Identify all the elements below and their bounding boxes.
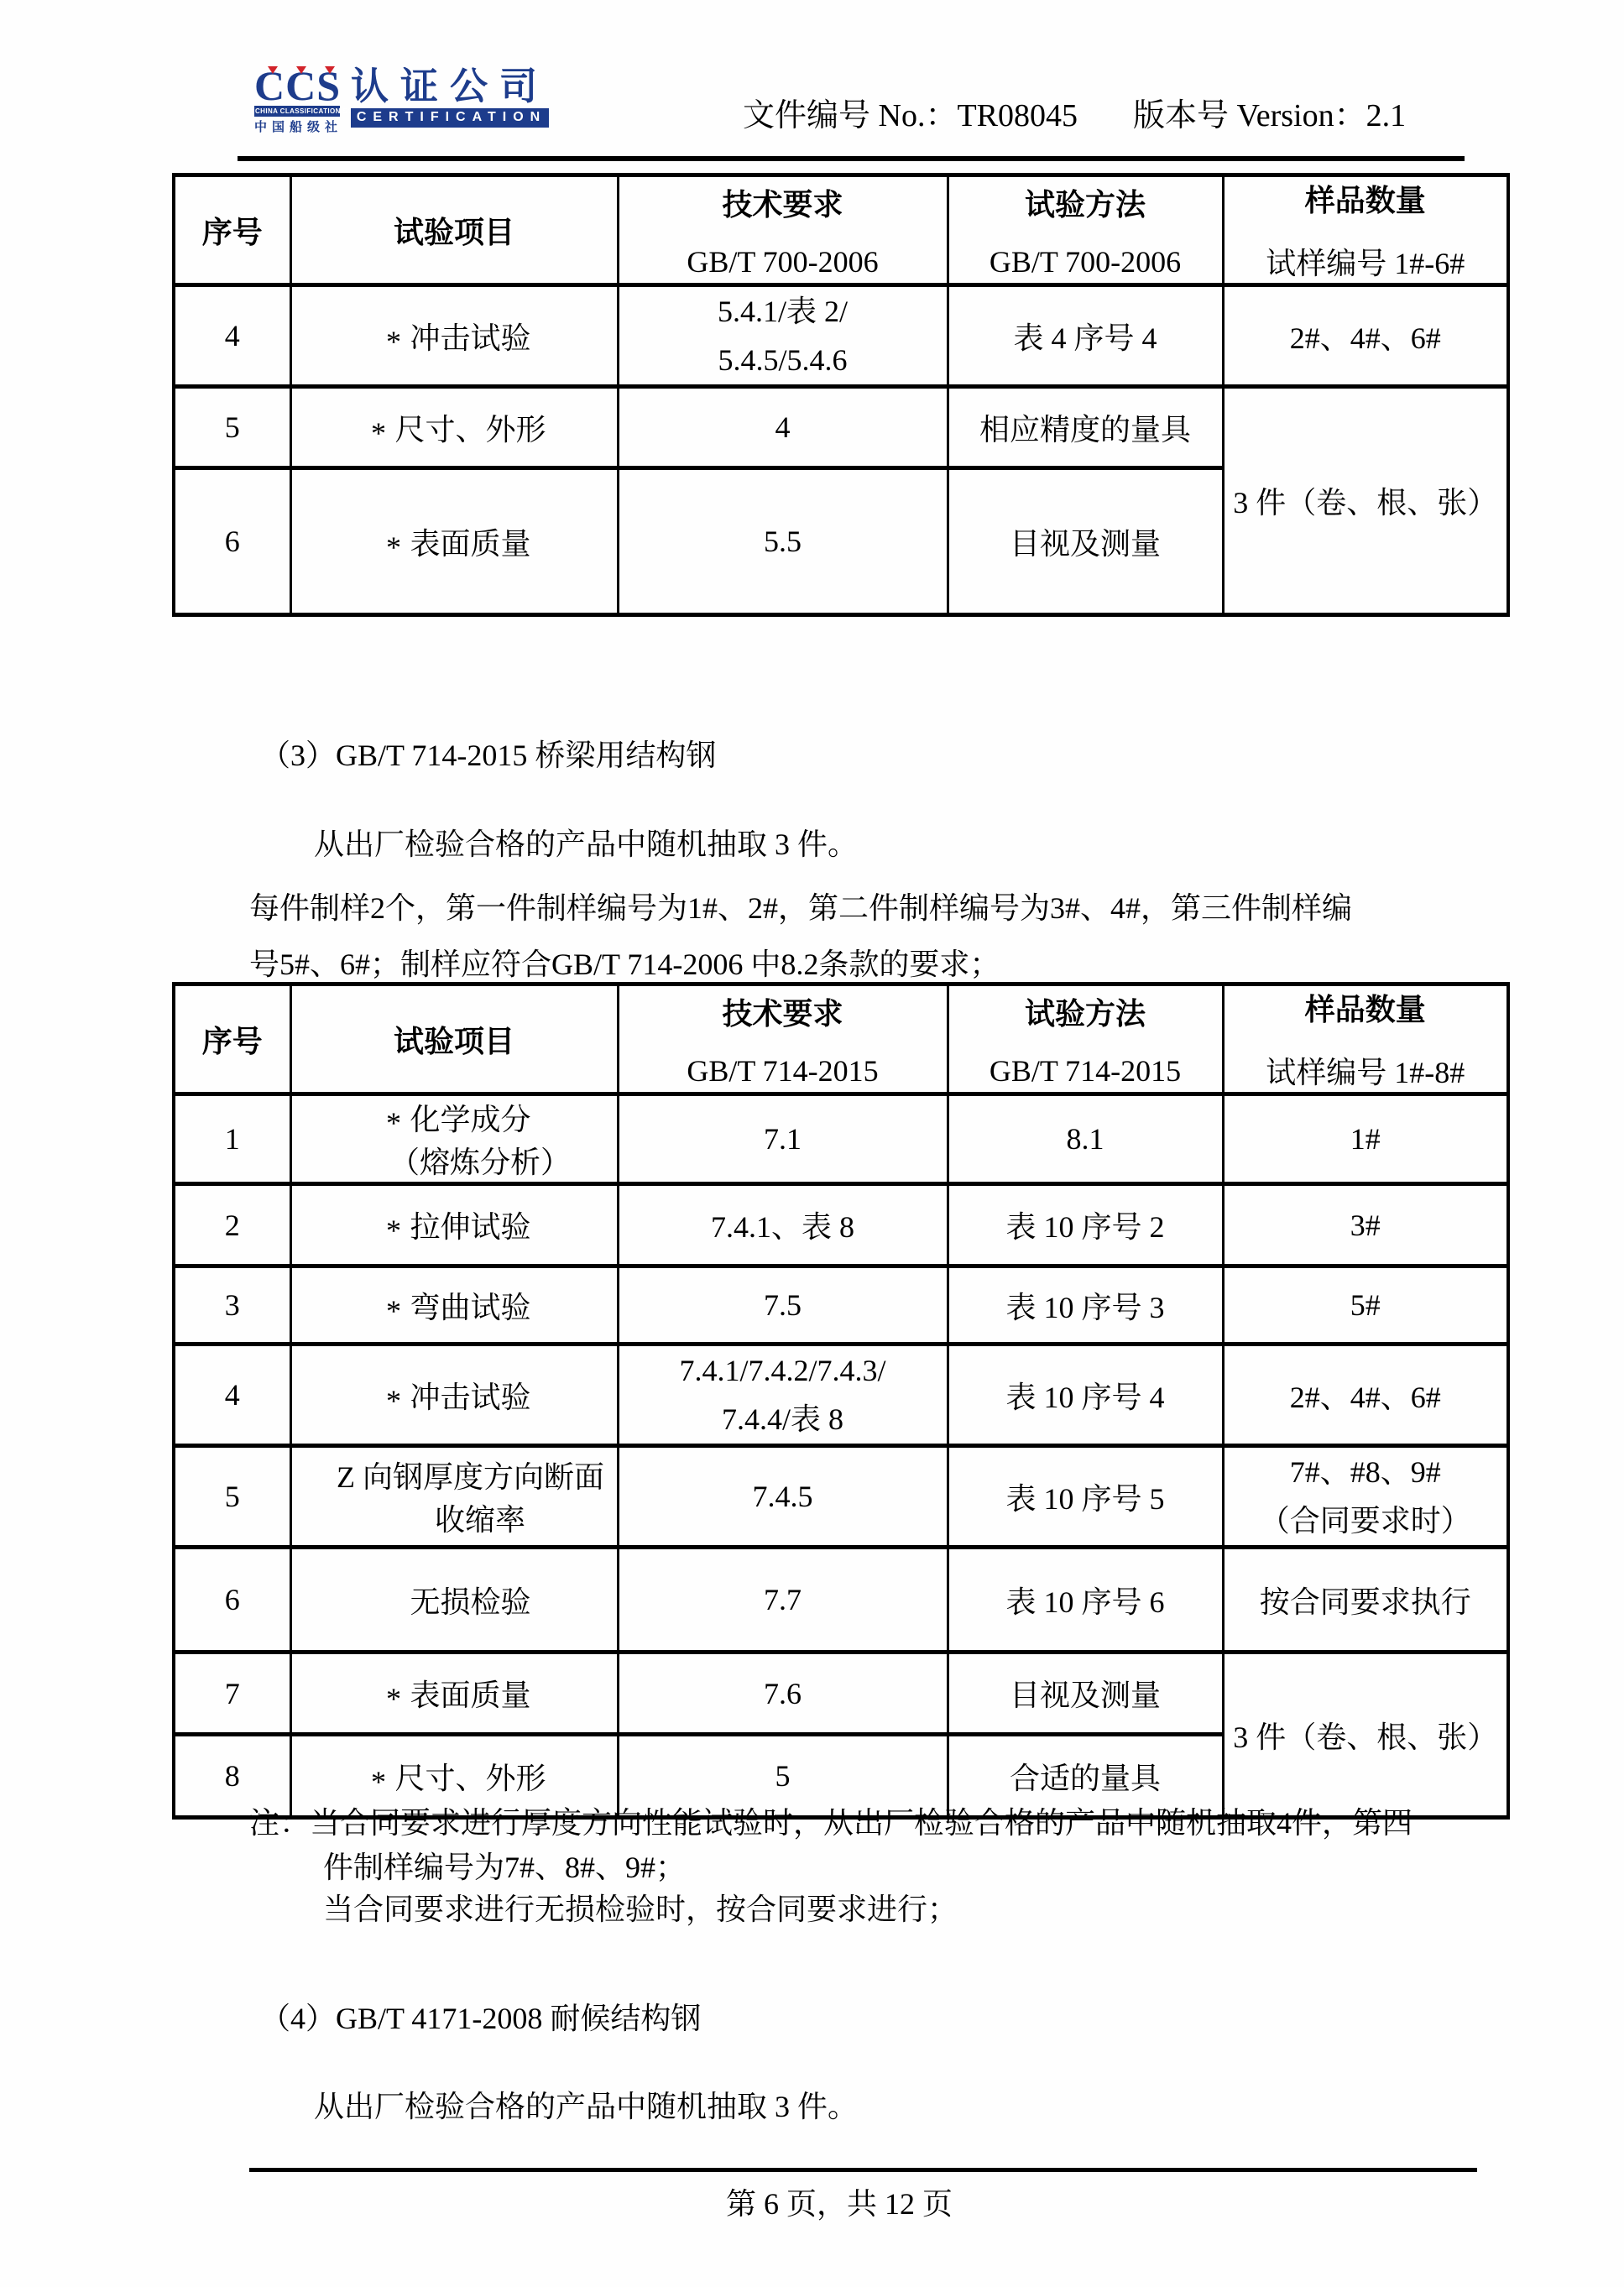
table-row: 2 *拉伸试验 7.4.1、表 8 表 10 序号 2 3# <box>174 1184 1508 1266</box>
page-number: 第 6 页，共 12 页 <box>172 2180 1507 2223</box>
cell-method: 目视及测量 <box>948 1653 1223 1735</box>
cell-requirement: 7.6 <box>618 1653 948 1735</box>
doc-version: 版本号 Version：2.1 <box>1133 89 1406 135</box>
cell-no: 3 <box>174 1266 290 1345</box>
cell-sample: 3# <box>1223 1184 1508 1266</box>
section3-para1: 从出厂检验合格的产品中随机抽取 3 件。 <box>314 821 858 864</box>
cell-item: *化学成分（熔炼分析） <box>290 1094 618 1184</box>
note-line-2: 件制样编号为7#、8#、9#； <box>323 1844 686 1887</box>
section4-para1: 从出厂检验合格的产品中随机抽取 3 件。 <box>314 2083 858 2126</box>
cell-method: 表 10 序号 6 <box>948 1548 1223 1653</box>
cell-no: 5 <box>174 387 290 468</box>
cell-sample-merged: 3 件（卷、根、张） <box>1223 1653 1508 1818</box>
required-marker: * <box>377 1681 410 1716</box>
table-row: 5 *尺寸、外形 4 相应精度的量具 3 件（卷、根、张） <box>174 387 1508 468</box>
cell-no: 6 <box>174 468 290 615</box>
ccs-logo: CCS CHINA CLASSIFICATION SOCIETY 中国船级社 认… <box>254 67 549 135</box>
col-header-no: 序号 <box>174 175 290 285</box>
cell-no: 2 <box>174 1184 290 1266</box>
table-row: 3 *弯曲试验 7.5 表 10 序号 3 5# <box>174 1266 1508 1345</box>
col-header-item: 试验项目 <box>290 175 618 285</box>
cell-method: 表 4 序号 4 <box>948 285 1223 387</box>
cell-requirement: 5.4.1/表 2/5.4.5/5.4.6 <box>618 285 948 387</box>
col-header-method: 试验方法GB/T 700-2006 <box>948 175 1223 285</box>
table-row: 7 *表面质量 7.6 目视及测量 3 件（卷、根、张） <box>174 1653 1508 1735</box>
document-page: CCS CHINA CLASSIFICATION SOCIETY 中国船级社 认… <box>0 0 1624 2287</box>
header-rule <box>238 156 1465 161</box>
cell-sample: 按合同要求执行 <box>1223 1548 1508 1653</box>
cell-requirement: 7.4.5 <box>618 1446 948 1548</box>
note-line-3: 当合同要求进行无损检验时，按合同要求进行； <box>323 1886 958 1929</box>
cell-no: 1 <box>174 1094 290 1184</box>
table-row: 4 *冲击试验 7.4.1/7.4.2/7.4.3/7.4.4/表 8 表 10… <box>174 1345 1508 1446</box>
section4-title: （4）GB/T 4171-2008 耐候结构钢 <box>260 1995 701 2038</box>
cell-sample: 2#、4#、6# <box>1223 1345 1508 1446</box>
document-meta: 文件编号 No.：TR08045 版本号 Version：2.1 <box>743 89 1406 135</box>
col-header-requirement: 技术要求GB/T 714-2015 <box>618 984 948 1094</box>
table-row: 1 *化学成分（熔炼分析） 7.1 8.1 1# <box>174 1094 1508 1184</box>
cell-item: Z 向钢厚度方向断面收缩率 <box>290 1446 618 1548</box>
table-header-row: 序号 试验项目 技术要求GB/T 700-2006 试验方法GB/T 700-2… <box>174 175 1508 285</box>
required-marker: * <box>377 1105 410 1141</box>
cell-requirement: 7.4.1、表 8 <box>618 1184 948 1266</box>
ccs-logo-text: CCS <box>254 67 340 104</box>
doc-number: 文件编号 No.：TR08045 <box>743 89 1078 135</box>
cell-item: *表面质量 <box>290 1653 618 1735</box>
col-header-sample: 样品数量试样编号 1#-8# <box>1223 984 1508 1094</box>
cell-item: 无损检验 <box>290 1548 618 1653</box>
col-header-sample: 样品数量试样编号 1#-6# <box>1223 175 1508 285</box>
cell-requirement: 4 <box>618 387 948 468</box>
cell-requirement: 7.5 <box>618 1266 948 1345</box>
test-table-gbt700: 序号 试验项目 技术要求GB/T 700-2006 试验方法GB/T 700-2… <box>172 173 1510 617</box>
cell-item: *弯曲试验 <box>290 1266 618 1345</box>
cell-method: 表 10 序号 5 <box>948 1446 1223 1548</box>
cell-requirement: 5.5 <box>618 468 948 615</box>
cell-item: *冲击试验 <box>290 1345 618 1446</box>
col-header-method: 试验方法GB/T 714-2015 <box>948 984 1223 1094</box>
required-marker: * <box>377 1383 410 1418</box>
section3-title: （3）GB/T 714-2015 桥梁用结构钢 <box>260 732 716 775</box>
required-marker: * <box>377 1293 410 1329</box>
cell-method: 相应精度的量具 <box>948 387 1223 468</box>
cell-no: 5 <box>174 1446 290 1548</box>
society-cn-label: 中国船级社 <box>254 117 340 135</box>
ccs-logo-right: 认证公司 CERTIFICATION <box>351 67 549 135</box>
cell-sample: 7#、#8、9#（合同要求时） <box>1223 1446 1508 1548</box>
cell-item: *尺寸、外形 <box>290 387 618 468</box>
col-header-requirement: 技术要求GB/T 700-2006 <box>618 175 948 285</box>
cell-no: 6 <box>174 1548 290 1653</box>
cell-requirement: 7.1 <box>618 1094 948 1184</box>
required-marker: * <box>362 1764 394 1799</box>
cell-method: 表 10 序号 3 <box>948 1266 1223 1345</box>
cell-method: 表 10 序号 4 <box>948 1345 1223 1446</box>
cell-item: *拉伸试验 <box>290 1184 618 1266</box>
table-row: 5 Z 向钢厚度方向断面收缩率 7.4.5 表 10 序号 5 7#、#8、9#… <box>174 1446 1508 1548</box>
cell-method: 表 10 序号 2 <box>948 1184 1223 1266</box>
cell-requirement: 7.7 <box>618 1548 948 1653</box>
table-row: 6 无损检验 7.7 表 10 序号 6 按合同要求执行 <box>174 1548 1508 1653</box>
cell-item: *表面质量 <box>290 468 618 615</box>
footer-rule <box>249 2168 1477 2172</box>
cell-item: *冲击试验 <box>290 285 618 387</box>
test-table-gbt714: 序号 试验项目 技术要求GB/T 714-2015 试验方法GB/T 714-2… <box>172 982 1510 1820</box>
section3-para2: 每件制样2个，第一件制样编号为1#、2#，第二件制样编号为3#、4#，第三件制样… <box>249 885 1352 927</box>
cell-sample: 1# <box>1223 1094 1508 1184</box>
note-line-1: 注：当合同要求进行厚度方向性能试验时，从出厂检验合格的产品中随机抽取4件，第四 <box>249 1799 1413 1842</box>
col-header-no: 序号 <box>174 984 290 1094</box>
company-cn-name: 认证公司 <box>351 67 549 105</box>
required-marker: * <box>377 530 410 565</box>
ccs-logo-left: CCS CHINA CLASSIFICATION SOCIETY 中国船级社 <box>254 67 340 135</box>
table-header-row: 序号 试验项目 技术要求GB/T 714-2015 试验方法GB/T 714-2… <box>174 984 1508 1094</box>
cell-no: 4 <box>174 285 290 387</box>
section3-para3: 号5#、6#；制样应符合GB/T 714-2006 中8.2条款的要求； <box>249 941 1000 984</box>
cell-no: 4 <box>174 1345 290 1446</box>
cell-method: 8.1 <box>948 1094 1223 1184</box>
required-marker: * <box>377 1213 410 1248</box>
cell-sample: 2#、4#、6# <box>1223 285 1508 387</box>
cell-requirement: 7.4.1/7.4.2/7.4.3/7.4.4/表 8 <box>618 1345 948 1446</box>
table-row: 4 *冲击试验 5.4.1/表 2/5.4.5/5.4.6 表 4 序号 4 2… <box>174 285 1508 387</box>
required-marker: * <box>377 324 410 359</box>
cell-sample: 5# <box>1223 1266 1508 1345</box>
certification-bar: CERTIFICATION <box>351 108 549 128</box>
cell-sample-merged: 3 件（卷、根、张） <box>1223 387 1508 615</box>
col-header-item: 试验项目 <box>290 984 618 1094</box>
cell-method: 目视及测量 <box>948 468 1223 615</box>
cell-no: 7 <box>174 1653 290 1735</box>
required-marker: * <box>362 415 394 451</box>
